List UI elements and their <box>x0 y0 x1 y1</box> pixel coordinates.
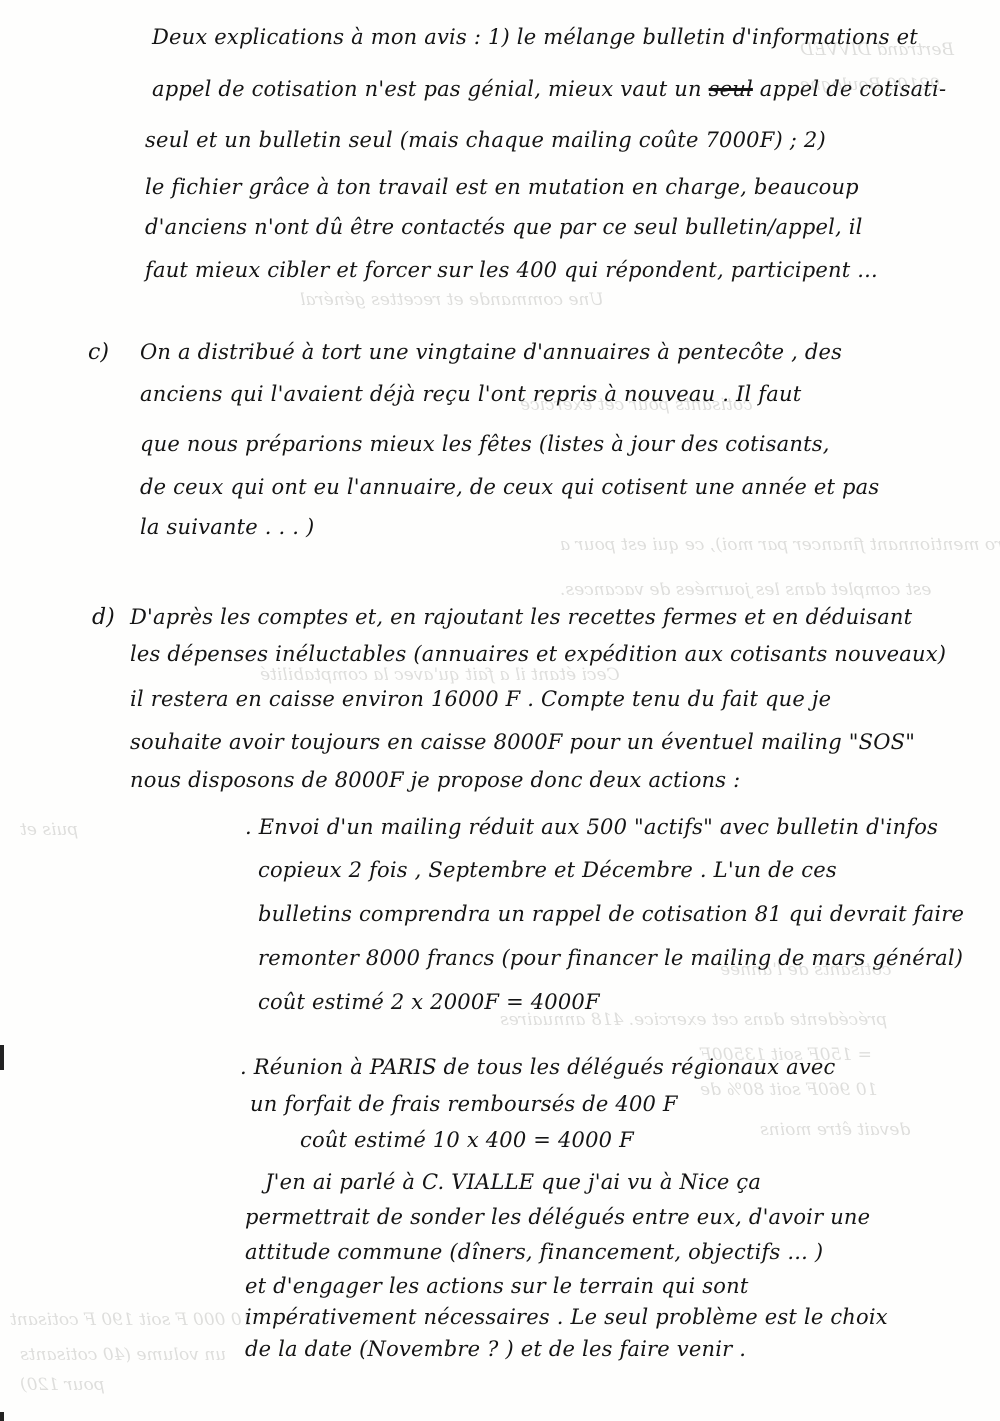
handwritten-line: J'en ai parlé à C. VIALLE que j'ai vu à … <box>265 1170 761 1194</box>
scan-edge-mark <box>0 1045 4 1070</box>
bleed-through-text: (C'est un pro mentionnant financer par m… <box>560 535 1000 555</box>
bleed-through-text: pour 120) <box>20 1375 105 1395</box>
handwritten-line: les dépenses inéluctables (annuaires et … <box>130 642 946 666</box>
handwritten-line: un forfait de frais remboursés de 400 F <box>250 1092 678 1116</box>
handwritten-line: appel de cotisation n'est pas génial, mi… <box>152 77 946 101</box>
section-label-c: c) <box>88 340 109 365</box>
bleed-through-text: devait être moins <box>760 1120 910 1140</box>
handwritten-line: . Envoi d'un mailing réduit aux 500 "act… <box>245 815 938 839</box>
handwritten-line: remonter 8000 francs (pour financer le m… <box>258 946 963 970</box>
handwritten-line: Deux explications à mon avis : 1) le mél… <box>152 25 918 49</box>
bleed-through-text: 10 000 F soit 190 F cotisant <box>10 1310 252 1330</box>
handwritten-line: nous disposons de 8000F je propose donc … <box>130 768 740 792</box>
handwritten-line: de la date (Novembre ? ) et de les faire… <box>245 1337 746 1361</box>
handwritten-line: permettrait de sonder les délégués entre… <box>245 1205 870 1229</box>
bleed-through-text: puis et <box>20 820 78 840</box>
bleed-through-text: un volume (40 cotisants <box>20 1345 226 1365</box>
bleed-through-text: Une commande et recettes général <box>300 290 604 310</box>
handwritten-line: anciens qui l'avaient déjà reçu l'ont re… <box>140 382 801 406</box>
handwritten-line: de ceux qui ont eu l'annuaire, de ceux q… <box>140 475 879 499</box>
handwritten-line: la suivante . . . ) <box>140 515 314 539</box>
struck-word: seul <box>709 77 753 101</box>
letter-page: Bertrand DIVVED 92100 Boulogne Une comma… <box>0 0 1000 1421</box>
scan-edge-mark <box>0 1412 4 1421</box>
handwritten-line: impérativement nécessaires . Le seul pro… <box>245 1305 888 1329</box>
handwritten-line: seul et un bulletin seul (mais chaque ma… <box>145 128 826 152</box>
handwritten-line: souhaite avoir toujours en caisse 8000F … <box>130 730 915 754</box>
handwritten-line: coût estimé 2 x 2000F = 4000F <box>258 990 600 1014</box>
handwritten-line: faut mieux cibler et forcer sur les 400 … <box>145 258 878 282</box>
handwritten-line: d'anciens n'ont dû être contactés que pa… <box>145 215 863 239</box>
handwritten-line: D'après les comptes et, en rajoutant les… <box>130 605 912 629</box>
bleed-through-text: 10 960F soit 80% de <box>700 1080 877 1100</box>
handwritten-line: coût estimé 10 x 400 = 4000 F <box>300 1128 634 1152</box>
bleed-through-text: Ceci étant il a fait qu'avec la comptabi… <box>260 665 620 685</box>
bleed-through-text: est complet dans les journées de vacance… <box>560 580 931 600</box>
handwritten-line: que nous préparions mieux les fêtes (lis… <box>140 432 830 456</box>
handwritten-line: le fichier grâce à ton travail est en mu… <box>145 175 859 199</box>
handwritten-line: bulletins comprendra un rappel de cotisa… <box>258 902 964 926</box>
handwritten-line: et d'engager les actions sur le terrain … <box>245 1274 748 1298</box>
handwritten-line: attitude commune (dîners, financement, o… <box>245 1240 823 1264</box>
handwritten-line: copieux 2 fois , Septembre et Décembre .… <box>258 858 837 882</box>
handwritten-line: . Réunion à PARIS de tous les délégués r… <box>240 1055 836 1079</box>
handwritten-line: On a distribué à tort une vingtaine d'an… <box>140 340 842 364</box>
section-label-d: d) <box>92 605 115 630</box>
handwritten-line: il restera en caisse environ 16000 F . C… <box>130 687 831 711</box>
